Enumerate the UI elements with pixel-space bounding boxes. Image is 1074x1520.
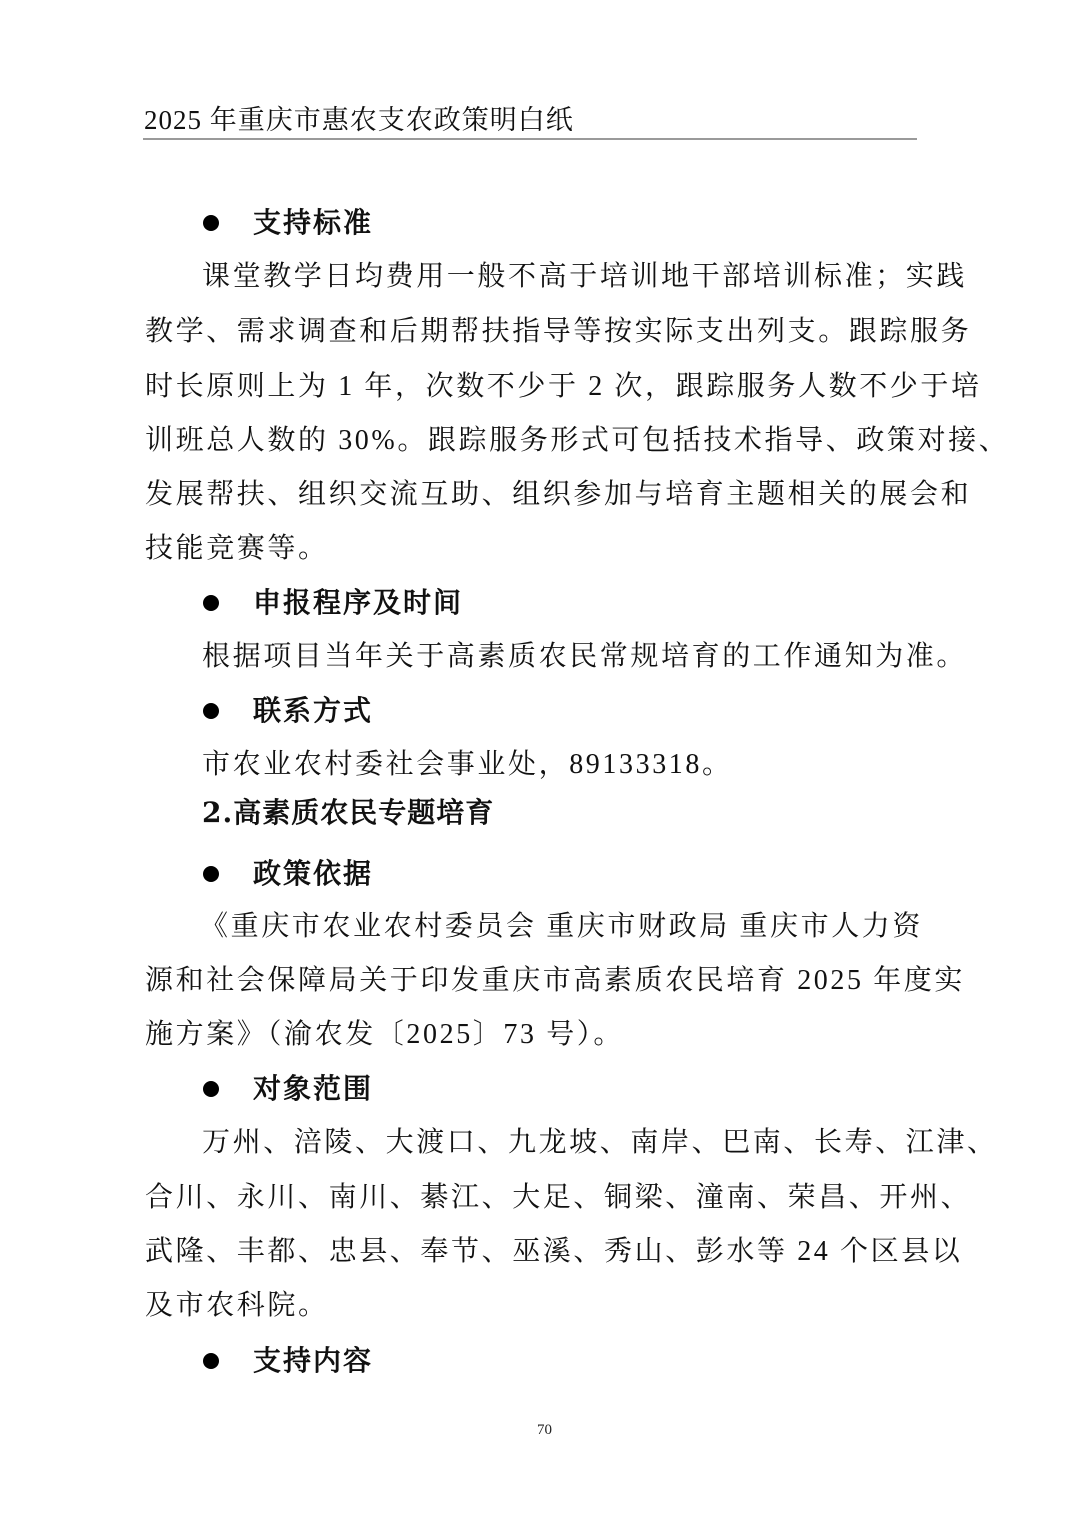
- heading-label: 申报程序及时间: [253, 585, 463, 621]
- bullet-icon: [203, 215, 219, 231]
- bullet-icon: [203, 866, 219, 882]
- bullet-heading-contact: 联系方式: [203, 693, 219, 729]
- bullet-heading-application-procedure: 申报程序及时间: [203, 585, 219, 621]
- heading-label: 政策依据: [253, 856, 373, 892]
- paragraph-line: 时长原则上为 1 年，次数不少于 2 次，跟踪服务人数不少于培: [145, 369, 982, 405]
- paragraph-line: 合川、永川、南川、綦江、大足、铜梁、潼南、荣昌、开州、: [145, 1180, 971, 1216]
- bullet-icon: [203, 703, 219, 719]
- paragraph-line: 根据项目当年关于高素质农民常规培育的工作通知为准。: [202, 639, 967, 675]
- subsection-title: 2.高素质农民专题培育: [202, 795, 494, 831]
- page-number: 70: [537, 1422, 552, 1439]
- heading-label: 对象范围: [253, 1071, 373, 1107]
- paragraph-line: 课堂教学日均费用一般不高于培训地干部培训标准；实践: [202, 259, 967, 295]
- paragraph-line: 训班总人数的 30%。跟踪服务形式可包括技术指导、政策对接、: [145, 423, 1009, 459]
- paragraph-line: 发展帮扶、组织交流互助、组织参加与培育主题相关的展会和: [145, 477, 971, 513]
- paragraph-line: 施方案》（渝农发〔2025〕73 号）。: [145, 1017, 624, 1053]
- paragraph-line: 技能竞赛等。: [145, 531, 329, 567]
- running-header-title: 2025 年重庆市惠农支农政策明白纸: [144, 98, 574, 137]
- paragraph-line: 教学、需求调查和后期帮扶指导等按实际支出列支。跟踪服务: [145, 314, 971, 350]
- heading-label: 支持标准: [253, 205, 373, 241]
- heading-label: 联系方式: [253, 693, 373, 729]
- bullet-heading-support-standard: 支持标准: [203, 205, 219, 241]
- document-page: 2025 年重庆市惠农支农政策明白纸 支持标准 课堂教学日均费用一般不高于培训地…: [0, 0, 1074, 1520]
- bullet-heading-policy-basis: 政策依据: [203, 856, 219, 892]
- paragraph-line: 及市农科院。: [145, 1288, 329, 1324]
- paragraph-line: 《重庆市农业农村委员会 重庆市财政局 重庆市人力资: [200, 909, 923, 945]
- paragraph-line: 市农业农村委社会事业处，89133318。: [202, 747, 733, 783]
- heading-label: 支持内容: [253, 1343, 373, 1379]
- bullet-heading-target-scope: 对象范围: [203, 1071, 219, 1107]
- paragraph-line: 万州、涪陵、大渡口、九龙坡、南岸、巴南、长寿、江津、: [202, 1125, 998, 1161]
- bullet-icon: [203, 1081, 219, 1097]
- bullet-icon: [203, 1353, 219, 1369]
- paragraph-line: 源和社会保障局关于印发重庆市高素质农民培育 2025 年度实: [145, 963, 965, 999]
- paragraph-line: 武隆、丰都、忠县、奉节、巫溪、秀山、彭水等 24 个区县以: [145, 1234, 962, 1270]
- header-divider: [143, 138, 917, 140]
- bullet-icon: [203, 595, 219, 611]
- bullet-heading-support-content: 支持内容: [203, 1343, 219, 1379]
